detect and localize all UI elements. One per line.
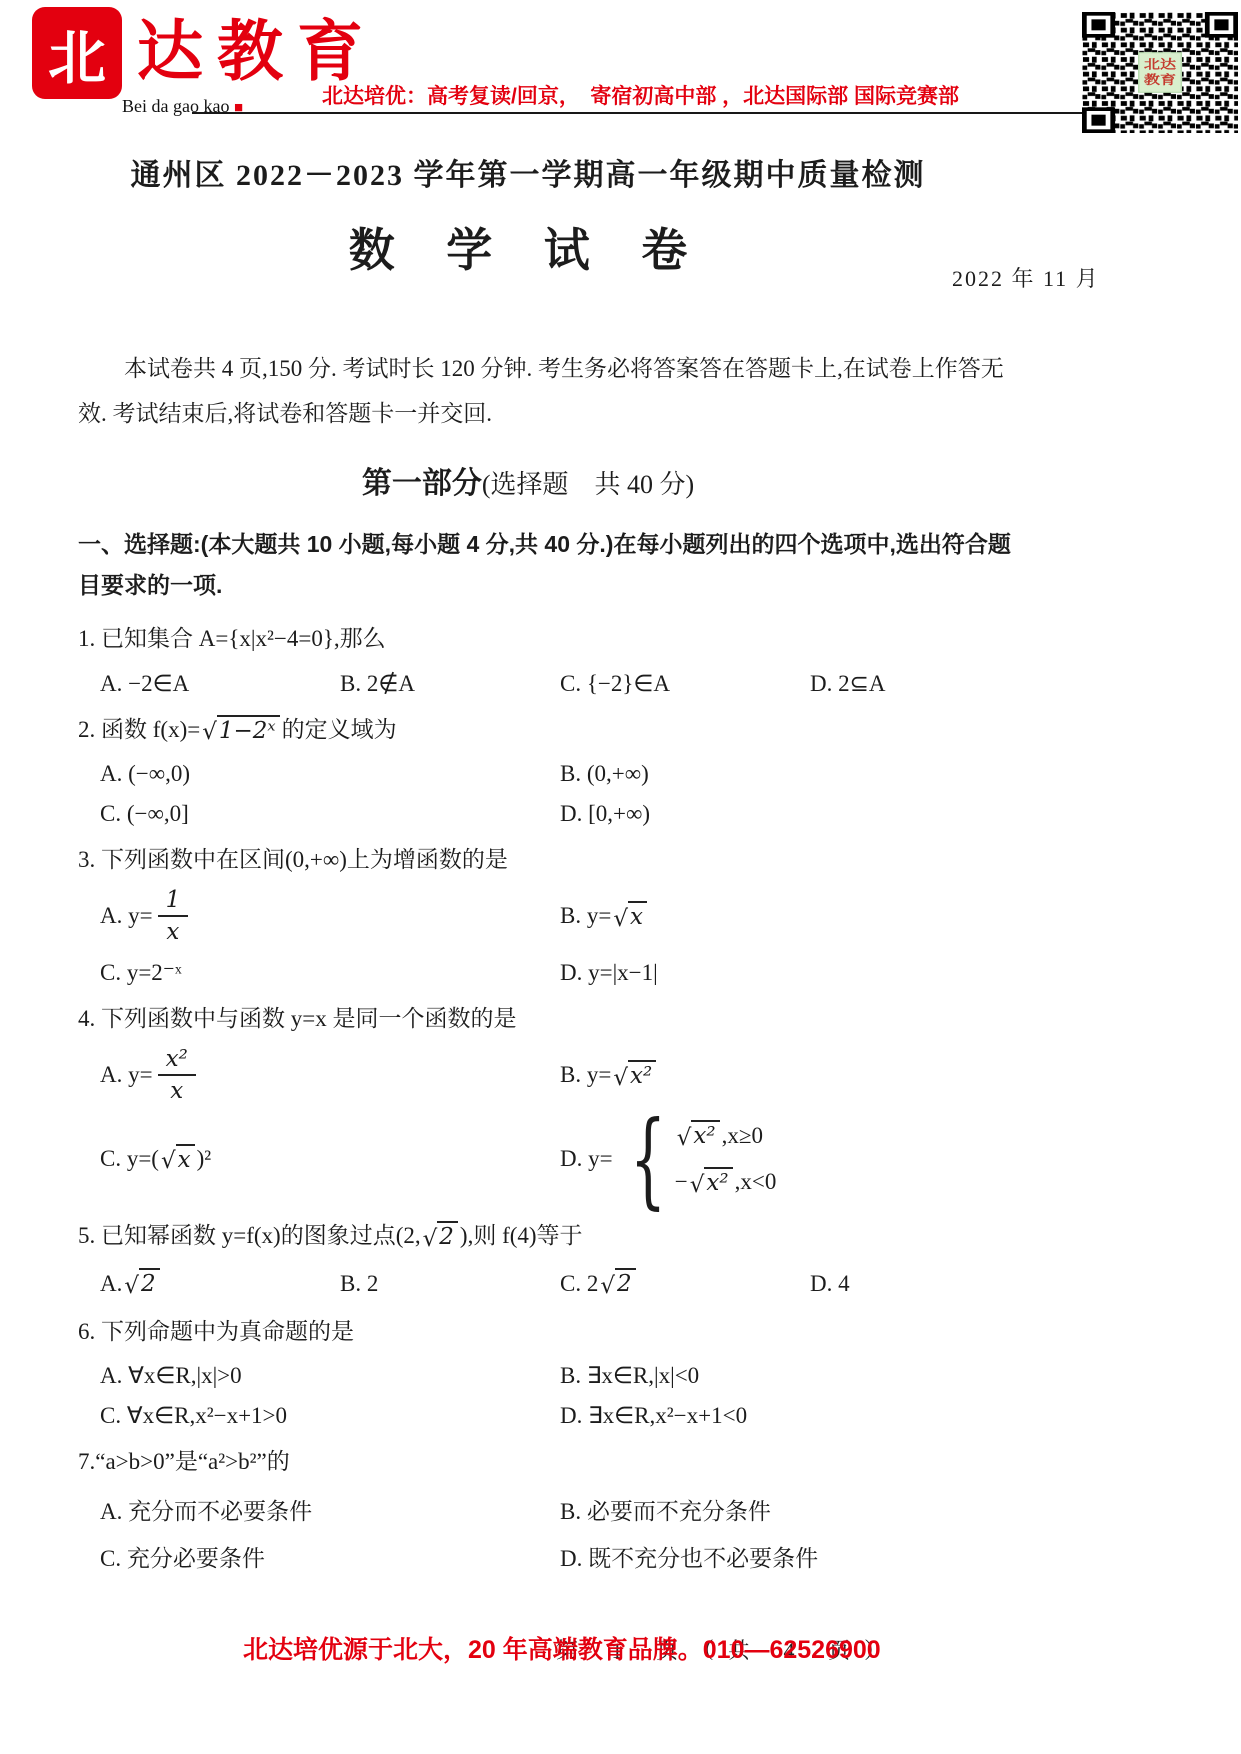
question-7-options-cd: C. 充分必要条件 D. 既不充分也不必要条件 <box>100 1540 1168 1573</box>
radical-icon: √x <box>161 1144 195 1175</box>
question-6-stem: 6. 下列命题中为真命题的是 <box>78 1315 1168 1349</box>
q2-option-b: B. (0,+∞) <box>560 761 649 787</box>
radical-icon: √x² <box>677 1120 720 1151</box>
radical-icon: √x² <box>690 1167 733 1198</box>
q3-a-numerator: 1 <box>158 887 189 917</box>
q6-option-a: A. ∀x∈R,|x|>0 <box>100 1363 560 1389</box>
q4-option-d: D. y= { √x²,x≥0 − √x²,x<0 <box>560 1115 776 1203</box>
q5-stem-pre: 5. 已知幂函数 y=f(x)的图象过点(2, <box>78 1219 421 1253</box>
question-5-options: A.√2 B. 2 C. 2√2 D. 4 <box>100 1268 1168 1299</box>
q7-option-c: C. 充分必要条件 <box>100 1540 560 1573</box>
q4-d-pre: D. y= <box>560 1146 613 1172</box>
part1-heading: 第一部分(选择题 共 40 分) <box>78 458 978 502</box>
brace-icon: { <box>629 1115 665 1203</box>
q5-stem-post: ),则 f(4)等于 <box>460 1219 583 1253</box>
q3-option-c: C. y=2⁻ˣ <box>100 960 560 986</box>
q6-option-b: B. ∃x∈R,|x|<0 <box>560 1363 699 1389</box>
qr-center-badge: 北达 教育 <box>1139 53 1182 93</box>
brand-seal: 北 <box>35 10 119 96</box>
q4-option-b: B. y= √x² <box>560 1060 658 1091</box>
question-5-stem: 5. 已知幂函数 y=f(x)的图象过点(2,√2),则 f(4)等于 <box>78 1219 1168 1253</box>
section1-directions: 一、选择题:(本大题共 10 小题,每小题 4 分,共 40 分.)在每小题列出… <box>78 524 1168 606</box>
q4-d-case1: √x²,x≥0 <box>675 1120 777 1151</box>
question-1-stem: 1. 已知集合 A={x|x²−4=0},那么 <box>78 622 1168 656</box>
exam-title: 通州区 2022－2023 学年第一学期高一年级期中质量检测 <box>78 150 978 194</box>
q3-a-denominator: x <box>166 917 179 945</box>
paper-title: 数 学 试 卷 <box>78 214 978 280</box>
q1-option-c: C. {−2}∈A <box>560 671 810 697</box>
q3-b-radicand: x <box>628 901 647 932</box>
q5-option-a: A.√2 <box>100 1268 340 1299</box>
q5-option-d: D. 4 <box>810 1271 850 1297</box>
exam-page: { "header": { "seal_char": "北", "logo_ch… <box>0 0 1241 1754</box>
q5-option-b: B. 2 <box>340 1271 560 1297</box>
radical-icon: √2 <box>124 1268 159 1299</box>
qr-finder-top-left <box>1082 12 1115 38</box>
exam-instructions-line2: 效. 考试结束后,将试卷和答题卡一并交回. <box>78 391 1168 436</box>
question-4-options-ab: A. y= x²x B. y= √x² <box>100 1046 1168 1105</box>
q6-option-c: C. ∀x∈R,x²−x+1>0 <box>100 1403 560 1429</box>
radical-icon: √2 <box>600 1268 635 1299</box>
question-2-options-cd: C. (−∞,0] D. [0,+∞) <box>100 801 1168 827</box>
q6-option-d: D. ∃x∈R,x²−x+1<0 <box>560 1403 747 1429</box>
q4-option-a: A. y= x²x <box>100 1046 560 1105</box>
question-6-options-cd: C. ∀x∈R,x²−x+1>0 D. ∃x∈R,x²−x+1<0 <box>100 1403 1168 1429</box>
q4-c-radicand: x <box>176 1144 195 1175</box>
radical-icon: √2 <box>423 1221 458 1252</box>
q4-b-pre: B. y= <box>560 1062 611 1088</box>
q4-d-cases: √x²,x≥0 − √x²,x<0 <box>675 1120 777 1198</box>
fraction: x²x <box>158 1046 196 1105</box>
qr-badge-line2: 教育 <box>1144 72 1176 88</box>
q4-d-case2: − √x²,x<0 <box>675 1167 777 1198</box>
exam-instructions-line1: 本试卷共 4 页,150 分. 考试时长 120 分钟. 考生务必将答案答在答题… <box>78 346 1168 391</box>
q1-option-d: D. 2⊆A <box>810 671 886 697</box>
q7-option-d: D. 既不充分也不必要条件 <box>560 1540 818 1573</box>
q2-option-d: D. [0,+∞) <box>560 801 650 827</box>
exam-instructions: 本试卷共 4 页,150 分. 考试时长 120 分钟. 考生务必将答案答在答题… <box>78 346 1168 436</box>
q3-option-d: D. y=|x−1| <box>560 960 658 986</box>
question-3-options-cd: C. y=2⁻ˣ D. y=|x−1| <box>100 960 1168 986</box>
q4-a-numerator: x² <box>158 1046 196 1076</box>
qr-finder-top-right <box>1205 12 1238 38</box>
q4-c-pre: C. y=( <box>100 1146 159 1172</box>
question-4-stem: 4. 下列函数中与函数 y=x 是同一个函数的是 <box>78 1002 1168 1036</box>
paper-date: 2022 年 11 月 <box>952 262 1100 293</box>
radical-icon: √1−2ˣ <box>202 715 279 746</box>
section1-directions-line2: 目要求的一项. <box>78 565 1168 606</box>
q5-option-c: C. 2√2 <box>560 1268 810 1299</box>
qr-badge-line1: 北达 <box>1144 57 1177 72</box>
q4-option-c: C. y=(√x)² <box>100 1144 560 1175</box>
q2-option-a: A. (−∞,0) <box>100 761 560 787</box>
part1-heading-sub: (选择题 共 40 分) <box>482 470 694 499</box>
page-footer: 第 1 页（共 4 页） 北达培优源于北大，20 年高端教育品牌。010—625… <box>0 1630 1241 1670</box>
qr-code: 北达 教育 <box>1082 12 1238 133</box>
question-4-options-cd: C. y=(√x)² D. y= { √x²,x≥0 − √x²,x<0 <box>100 1115 1168 1203</box>
q7-option-b: B. 必要而不充分条件 <box>560 1493 771 1526</box>
header-rule <box>192 112 1114 114</box>
q4-b-radicand: x² <box>628 1060 656 1091</box>
question-2-stem: 2. 函数 f(x)=√1−2ˣ的定义域为 <box>78 713 1168 747</box>
q2-radicand: 1−2ˣ <box>217 715 280 746</box>
q3-a-pre: A. y= <box>100 903 153 929</box>
qr-finder-bottom-left <box>1082 107 1115 133</box>
q4-c-post: )² <box>197 1146 212 1172</box>
radical-icon: √x² <box>613 1060 656 1091</box>
q3-b-pre: B. y= <box>560 903 611 929</box>
part1-heading-main: 第一部分 <box>362 467 482 500</box>
question-3-stem: 3. 下列函数中在区间(0,+∞)上为增函数的是 <box>78 843 1168 877</box>
q3-option-b: B. y=√x <box>560 901 649 932</box>
document-body: 通州区 2022－2023 学年第一学期高一年级期中质量检测 数 学 试 卷 2… <box>78 150 1168 1573</box>
q4-a-denominator: x <box>170 1076 183 1104</box>
header-banner: 北达培优：高考复读/回京， 寄宿初高中部 ，北达国际部 国际竞赛部 <box>322 80 962 110</box>
question-1-options: A. −2∈A B. 2∉A C. {−2}∈A D. 2⊆A <box>100 671 1168 697</box>
footer-promo: 北达培优源于北大，20 年高端教育品牌。010—62526900 <box>243 1630 881 1666</box>
section1-directions-line1: 一、选择题:(本大题共 10 小题,每小题 4 分,共 40 分.)在每小题列出… <box>78 524 1168 565</box>
question-7-options-ab: A. 充分而不必要条件 B. 必要而不充分条件 <box>100 1493 1168 1526</box>
q1-option-b: B. 2∉A <box>340 671 560 697</box>
brand-seal-char: 北 <box>48 11 106 95</box>
q4-a-pre: A. y= <box>100 1062 153 1088</box>
q3-option-a: A. y= 1x <box>100 887 560 946</box>
q2-stem-post: 的定义域为 <box>282 713 397 747</box>
q7-option-a: A. 充分而不必要条件 <box>100 1493 560 1526</box>
q2-option-c: C. (−∞,0] <box>100 801 560 827</box>
fraction: 1x <box>158 887 189 946</box>
q1-option-a: A. −2∈A <box>100 671 340 697</box>
question-2-options-ab: A. (−∞,0) B. (0,+∞) <box>100 761 1168 787</box>
question-3-options-ab: A. y= 1x B. y=√x <box>100 887 1168 946</box>
question-7-stem: 7.“a>b>0”是“a²>b²”的 <box>78 1445 1168 1479</box>
question-6-options-ab: A. ∀x∈R,|x|>0 B. ∃x∈R,|x|<0 <box>100 1363 1168 1389</box>
radical-icon: √x <box>613 901 647 932</box>
q2-stem-pre: 2. 函数 f(x)= <box>78 713 200 747</box>
